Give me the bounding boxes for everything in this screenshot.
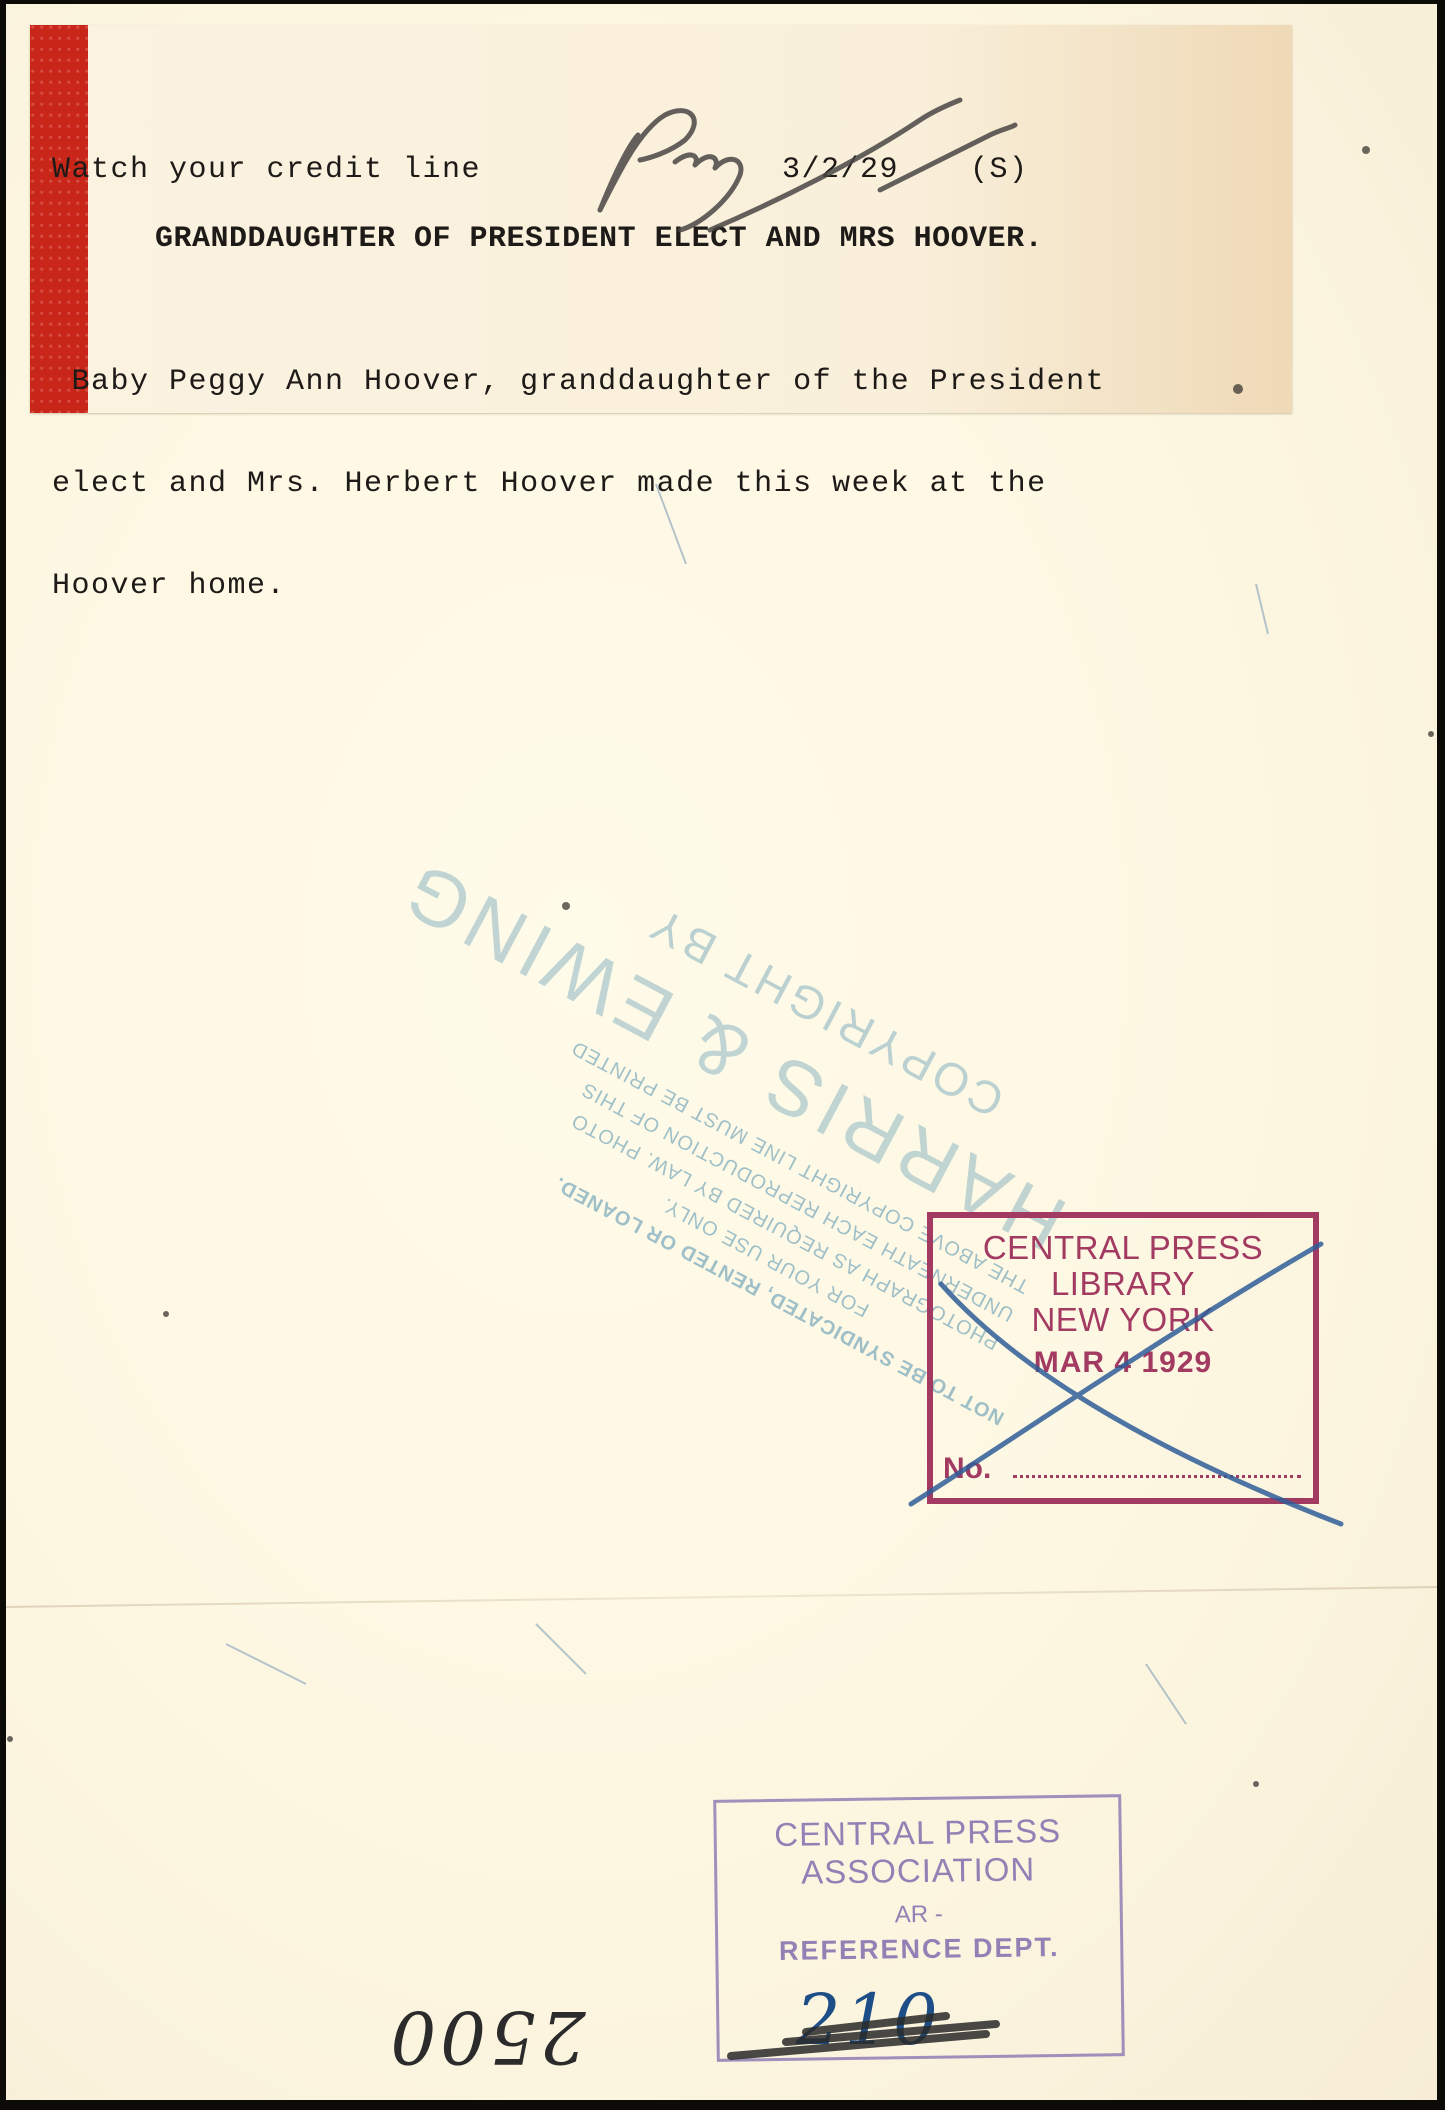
caption-body-line: elect and Mrs. Herbert Hoover made this …	[52, 467, 1105, 501]
library-stamp-line: NEW YORK	[933, 1302, 1313, 1338]
photo-back-paper: Watch your credit line 3/2/29 (S) GRANDD…	[6, 4, 1437, 2100]
association-stamp-line: CENTRAL PRESS	[716, 1811, 1118, 1855]
handwritten-archive-number: 2500	[341, 1994, 631, 2079]
library-stamp-line: CENTRAL PRESS	[933, 1230, 1313, 1266]
library-stamp: CENTRAL PRESS LIBRARY NEW YORK MAR 4 192…	[927, 1212, 1319, 1504]
association-stamp-subline: AR -	[718, 1897, 1120, 1933]
library-stamp-number-field	[1013, 1475, 1301, 1478]
credit-line-notice: Watch your credit line	[52, 153, 481, 187]
library-stamp-number-label: No.	[943, 1452, 991, 1486]
caption-body-line: Baby Peggy Ann Hoover, granddaughter of …	[52, 365, 1105, 399]
library-stamp-line: LIBRARY	[933, 1266, 1313, 1302]
caption-body-line: Hoover home.	[52, 569, 1105, 603]
library-stamp-date: MAR 4 1929	[933, 1346, 1313, 1380]
strikethrough-mark-icon	[726, 1994, 1026, 2064]
caption-slip: Watch your credit line 3/2/29 (S) GRANDD…	[30, 25, 1292, 413]
fold-crease	[6, 1586, 1437, 1608]
association-stamp-line: ASSOCIATION	[717, 1849, 1119, 1893]
caption-body: Baby Peggy Ann Hoover, granddaughter of …	[52, 297, 1105, 671]
pencil-signature-icon	[580, 80, 1060, 250]
association-stamp-department: REFERENCE DEPT.	[718, 1929, 1120, 1969]
